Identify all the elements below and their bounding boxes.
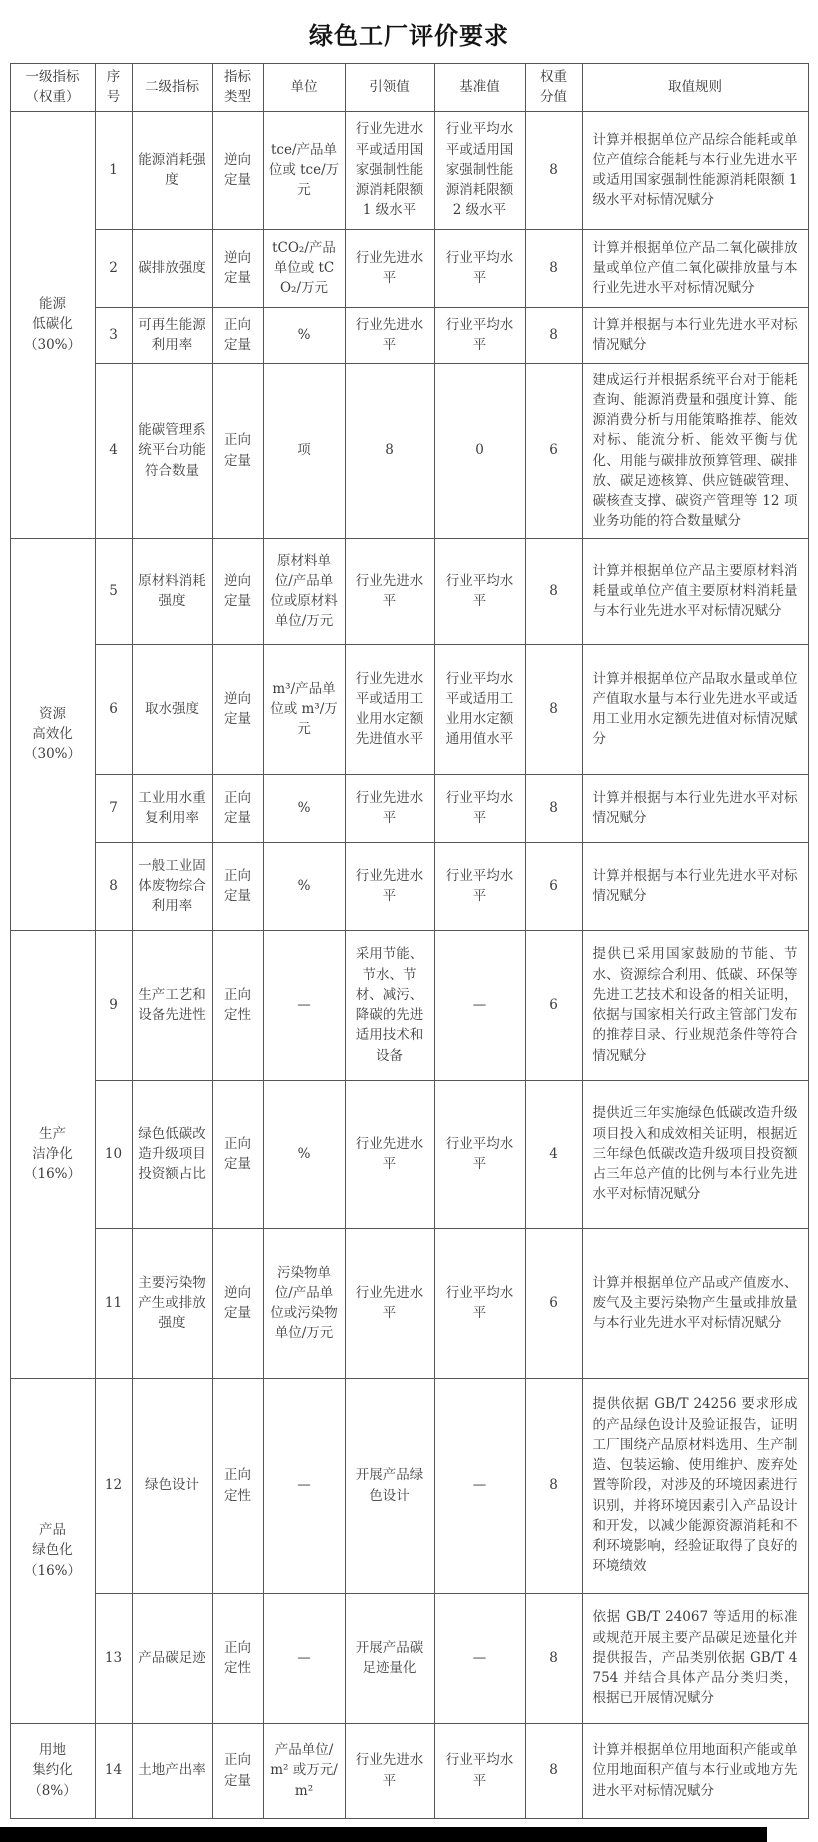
table-row: 13 产品碳足迹 正向 定性 — 开展产品碳足迹量化 — 8 依据 GB/T 2… (10, 1593, 808, 1723)
group-cell-energy: 能源 低碳化 （30%） (10, 111, 95, 538)
cell-leading: 行业先进水平 (345, 774, 434, 842)
cell-baseline: — (434, 930, 525, 1080)
cell-baseline: 行业平均水平 (434, 1080, 525, 1228)
cell-serial: 4 (95, 363, 132, 538)
cell-baseline: 行业平均水平 (434, 1723, 525, 1818)
cell-unit: 污染物单位/产品单位或污染物单位/万元 (263, 1228, 345, 1378)
cell-weight: 6 (525, 1228, 582, 1378)
cell-baseline: 0 (434, 363, 525, 538)
col-header-level2: 二级指标 (132, 64, 212, 112)
cell-unit: 产品单位/m² 或万元/m² (263, 1723, 345, 1818)
cell-leading: 行业先进水平 (345, 229, 434, 307)
table-row: 能源 低碳化 （30%） 1 能源消耗强度 逆向 定量 tce/产品单位或 tc… (10, 111, 808, 229)
cell-weight: 8 (525, 1378, 582, 1593)
cell-unit: 原材料单位/产品单位或原材料单位/万元 (263, 538, 345, 644)
document-page: 绿色工厂评价要求 一级指标 （权重） 序 号 二级指标 指标 类型 单位 引领值… (0, 0, 818, 1842)
cell-indicator: 工业用水重复利用率 (132, 774, 212, 842)
cell-leading: 行业先进水平或适用工业用水定额先进值水平 (345, 644, 434, 774)
cell-leading: 行业先进水平 (345, 842, 434, 930)
col-header-baseline: 基准值 (434, 64, 525, 112)
cell-leading: 开展产品绿色设计 (345, 1378, 434, 1593)
cell-baseline: 行业平均水平或适用国家强制性能源消耗限额 2 级水平 (434, 111, 525, 229)
cell-indicator: 碳排放强度 (132, 229, 212, 307)
cell-baseline: — (434, 1378, 525, 1593)
cell-serial: 8 (95, 842, 132, 930)
cell-rule: 计算并根据与本行业先进水平对标情况赋分 (582, 842, 808, 930)
cell-baseline: 行业平均水平 (434, 774, 525, 842)
table-row: 10 绿色低碳改造升级项目投资额占比 正向 定量 % 行业先进水平 行业平均水平… (10, 1080, 808, 1228)
col-header-serial: 序 号 (95, 64, 132, 112)
cell-rule: 计算并根据单位产品或产值废水、废气及主要污染物产生量或排放量与本行业先进水平对标… (582, 1228, 808, 1378)
cell-indicator: 土地产出率 (132, 1723, 212, 1818)
cell-serial: 6 (95, 644, 132, 774)
table-row: 3 可再生能源利用率 正向 定量 % 行业先进水平 行业平均水平 8 计算并根据… (10, 307, 808, 363)
cell-unit: % (263, 842, 345, 930)
cell-rule: 计算并根据与本行业先进水平对标情况赋分 (582, 307, 808, 363)
cell-weight: 8 (525, 644, 582, 774)
cell-unit: — (263, 1593, 345, 1723)
page-title: 绿色工厂评价要求 (0, 0, 818, 63)
cell-serial: 5 (95, 538, 132, 644)
cell-leading: 行业先进水平或适用国家强制性能源消耗限额 1 级水平 (345, 111, 434, 229)
cell-leading: 8 (345, 363, 434, 538)
cell-rule: 计算并根据单位用地面积产能或单位用地面积产值与本行业或地方先进水平对标情况赋分 (582, 1723, 808, 1818)
table-row: 2 碳排放强度 逆向 定量 tCO₂/产品单位或 tCO₂/万元 行业先进水平 … (10, 229, 808, 307)
cell-rule: 依据 GB/T 24067 等适用的标准或规范开展主要产品碳足迹量化并提供报告，… (582, 1593, 808, 1723)
cell-weight: 8 (525, 1593, 582, 1723)
table-row: 8 一般工业固体废物综合利用率 正向 定量 % 行业先进水平 行业平均水平 6 … (10, 842, 808, 930)
cell-type: 正向 定量 (212, 363, 263, 538)
table-row: 4 能碳管理系统平台功能符合数量 正向 定量 项 8 0 6 建成运行并根据系统… (10, 363, 808, 538)
cell-unit: — (263, 930, 345, 1080)
cell-weight: 8 (525, 307, 582, 363)
cell-weight: 6 (525, 930, 582, 1080)
cell-indicator: 原材料消耗强度 (132, 538, 212, 644)
cell-baseline: 行业平均水平 (434, 842, 525, 930)
group-cell-resource: 资源 高效化 （30%） (10, 538, 95, 930)
col-header-level1: 一级指标 （权重） (10, 64, 95, 112)
cell-serial: 3 (95, 307, 132, 363)
table-row: 7 工业用水重复利用率 正向 定量 % 行业先进水平 行业平均水平 8 计算并根… (10, 774, 808, 842)
col-header-type: 指标 类型 (212, 64, 263, 112)
cell-type: 逆向 定量 (212, 229, 263, 307)
cell-type: 正向 定量 (212, 774, 263, 842)
col-header-weight: 权重 分值 (525, 64, 582, 112)
cell-weight: 8 (525, 111, 582, 229)
cell-unit: 项 (263, 363, 345, 538)
cell-weight: 8 (525, 774, 582, 842)
cell-leading: 采用节能、节水、节材、减污、降碳的先进适用技术和设备 (345, 930, 434, 1080)
cell-indicator: 可再生能源利用率 (132, 307, 212, 363)
table-row: 生产 洁净化 （16%） 9 生产工艺和设备先进性 正向 定性 — 采用节能、节… (10, 930, 808, 1080)
cell-weight: 8 (525, 229, 582, 307)
cell-baseline: 行业平均水平或适用工业用水定额通用值水平 (434, 644, 525, 774)
cell-rule: 计算并根据单位产品二氧化碳排放量或单位产值二氧化碳排放量与本行业先进水平对标情况… (582, 229, 808, 307)
cell-baseline: — (434, 1593, 525, 1723)
cell-serial: 9 (95, 930, 132, 1080)
cell-leading: 行业先进水平 (345, 1723, 434, 1818)
cell-unit: tce/产品单位或 tce/万元 (263, 111, 345, 229)
cell-rule: 提供依据 GB/T 24256 要求形成的产品绿色设计及验证报告，证明工厂围绕产… (582, 1378, 808, 1593)
cell-type: 正向 定性 (212, 1593, 263, 1723)
cell-serial: 2 (95, 229, 132, 307)
cell-weight: 8 (525, 538, 582, 644)
col-header-unit: 单位 (263, 64, 345, 112)
header-row: 一级指标 （权重） 序 号 二级指标 指标 类型 单位 引领值 基准值 权重 分… (10, 64, 808, 112)
cell-indicator: 取水强度 (132, 644, 212, 774)
cell-weight: 6 (525, 842, 582, 930)
cell-leading: 行业先进水平 (345, 1080, 434, 1228)
cell-type: 正向 定性 (212, 930, 263, 1080)
cell-type: 逆向 定量 (212, 111, 263, 229)
table-row: 用地 集约化 （8%） 14 土地产出率 正向 定量 产品单位/m² 或万元/m… (10, 1723, 808, 1818)
cell-unit: tCO₂/产品单位或 tCO₂/万元 (263, 229, 345, 307)
cell-unit: — (263, 1378, 345, 1593)
cell-type: 正向 定量 (212, 1723, 263, 1818)
cell-unit: % (263, 307, 345, 363)
evaluation-table: 一级指标 （权重） 序 号 二级指标 指标 类型 单位 引领值 基准值 权重 分… (10, 63, 809, 1819)
cell-leading: 开展产品碳足迹量化 (345, 1593, 434, 1723)
cell-rule: 提供近三年实施绿色低碳改造升级项目投入和成效相关证明，根据近三年绿色低碳改造升级… (582, 1080, 808, 1228)
cell-rule: 计算并根据单位产品综合能耗或单位产值综合能耗与本行业先进水平或适用国家强制性能源… (582, 111, 808, 229)
group-cell-product: 产品 绿色化 （16%） (10, 1378, 95, 1723)
table-row: 资源 高效化 （30%） 5 原材料消耗强度 逆向 定量 原材料单位/产品单位或… (10, 538, 808, 644)
cell-leading: 行业先进水平 (345, 307, 434, 363)
cell-serial: 1 (95, 111, 132, 229)
cell-type: 逆向 定量 (212, 1228, 263, 1378)
bottom-black-bar (0, 1827, 767, 1842)
cell-serial: 14 (95, 1723, 132, 1818)
cell-serial: 12 (95, 1378, 132, 1593)
group-cell-land: 用地 集约化 （8%） (10, 1723, 95, 1818)
cell-unit: m³/产品单位或 m³/万元 (263, 644, 345, 774)
cell-weight: 6 (525, 363, 582, 538)
cell-type: 正向 定量 (212, 842, 263, 930)
cell-leading: 行业先进水平 (345, 1228, 434, 1378)
cell-leading: 行业先进水平 (345, 538, 434, 644)
cell-indicator: 绿色设计 (132, 1378, 212, 1593)
cell-indicator: 生产工艺和设备先进性 (132, 930, 212, 1080)
cell-indicator: 一般工业固体废物综合利用率 (132, 842, 212, 930)
col-header-rule: 取值规则 (582, 64, 808, 112)
group-cell-production: 生产 洁净化 （16%） (10, 930, 95, 1378)
cell-type: 正向 定量 (212, 1080, 263, 1228)
cell-type: 正向 定量 (212, 307, 263, 363)
cell-serial: 10 (95, 1080, 132, 1228)
cell-baseline: 行业平均水平 (434, 1228, 525, 1378)
cell-rule: 计算并根据单位产品取水量或单位产值取水量与本行业先进水平或适用工业用水定额先进值… (582, 644, 808, 774)
cell-indicator: 能碳管理系统平台功能符合数量 (132, 363, 212, 538)
cell-indicator: 产品碳足迹 (132, 1593, 212, 1723)
cell-baseline: 行业平均水平 (434, 307, 525, 363)
cell-rule: 提供已采用国家鼓励的节能、节水、资源综合利用、低碳、环保等先进工艺技术和设备的相… (582, 930, 808, 1080)
cell-type: 逆向 定量 (212, 644, 263, 774)
table-row: 11 主要污染物产生或排放强度 逆向 定量 污染物单位/产品单位或污染物单位/万… (10, 1228, 808, 1378)
cell-weight: 4 (525, 1080, 582, 1228)
cell-unit: % (263, 1080, 345, 1228)
cell-serial: 11 (95, 1228, 132, 1378)
cell-rule: 建成运行并根据系统平台对于能耗查询、能源消费量和强度计算、能源消费分析与用能策略… (582, 363, 808, 538)
cell-serial: 7 (95, 774, 132, 842)
cell-weight: 8 (525, 1723, 582, 1818)
table-row: 产品 绿色化 （16%） 12 绿色设计 正向 定性 — 开展产品绿色设计 — … (10, 1378, 808, 1593)
cell-baseline: 行业平均水平 (434, 538, 525, 644)
cell-rule: 计算并根据单位产品主要原材料消耗量或单位产值主要原材料消耗量与本行业先进水平对标… (582, 538, 808, 644)
cell-type: 正向 定性 (212, 1378, 263, 1593)
col-header-leading: 引领值 (345, 64, 434, 112)
cell-serial: 13 (95, 1593, 132, 1723)
cell-rule: 计算并根据与本行业先进水平对标情况赋分 (582, 774, 808, 842)
cell-indicator: 主要污染物产生或排放强度 (132, 1228, 212, 1378)
cell-type: 逆向 定量 (212, 538, 263, 644)
cell-indicator: 能源消耗强度 (132, 111, 212, 229)
table-row: 6 取水强度 逆向 定量 m³/产品单位或 m³/万元 行业先进水平或适用工业用… (10, 644, 808, 774)
cell-baseline: 行业平均水平 (434, 229, 525, 307)
cell-unit: % (263, 774, 345, 842)
cell-indicator: 绿色低碳改造升级项目投资额占比 (132, 1080, 212, 1228)
